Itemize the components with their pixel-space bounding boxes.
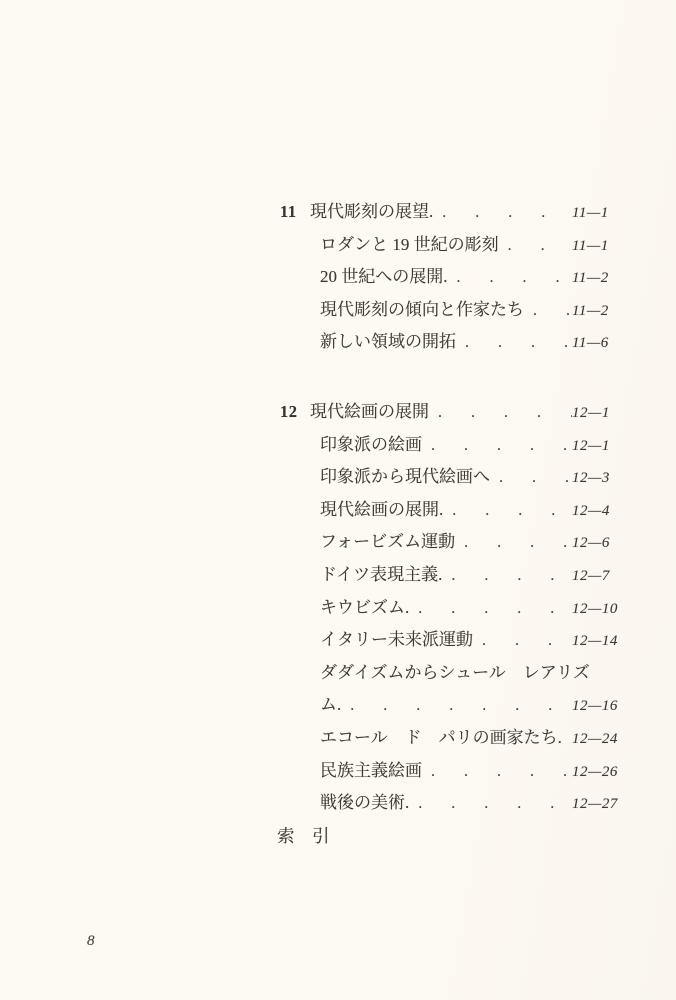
- entry-label: 現代絵画の展開.: [320, 494, 443, 527]
- page-ref: 12—1: [572, 397, 620, 430]
- toc-entry-row: ダダイズムからシュール レアリズ: [280, 657, 620, 690]
- leader-dots: . . . . . . . . . . . . . .: [429, 397, 572, 430]
- page-ref: 12—3: [572, 462, 620, 495]
- toc-entry-row: 新しい領域の開拓. . . . . . . . . . . . . .11—6: [280, 326, 620, 359]
- page-ref: 12—4: [572, 495, 620, 528]
- toc-rows: 11現代彫刻の展望.. . . . . . . . . . . . . .11—…: [280, 196, 620, 820]
- leader-dots: . . . . . . . . . . . . . .: [443, 495, 572, 528]
- toc-entry-row: 現代彫刻の傾向と作家たち. . . . . . . . . . . . . .1…: [280, 294, 620, 327]
- page-ref: 12—14: [572, 625, 620, 658]
- entry-label: 印象派の絵画: [320, 429, 422, 462]
- leader-dots: . . . . . . . . . . . . . .: [455, 527, 572, 560]
- entry-label: キウビズム.: [320, 592, 409, 625]
- leader-dots: . . . . . . . . . . . . . .: [433, 197, 572, 230]
- leader-dots: . . . . . . . . . . . . . .: [524, 295, 572, 328]
- leader-dots: . . . . . . . . . . . . . .: [409, 593, 572, 626]
- page-number: 8: [87, 928, 95, 954]
- toc-entry-row: ム.. . . . . . . . . . . . . .12—16: [280, 689, 620, 722]
- table-of-contents: 11現代彫刻の展望.. . . . . . . . . . . . . .11—…: [280, 196, 620, 852]
- section-title: 現代絵画の展開: [310, 396, 429, 429]
- toc-entry-row: ドイツ表現主義.. . . . . . . . . . . . . .12—7: [280, 559, 620, 592]
- leader-dots: . . . . . . . . . . . . . .: [409, 788, 572, 821]
- entry-label: 民族主義絵画: [320, 755, 422, 788]
- toc-entry-row: 戦後の美術.. . . . . . . . . . . . . .12—27: [280, 787, 620, 820]
- page-ref: 11—6: [572, 327, 620, 360]
- toc-section-heading-row: 12現代絵画の展開. . . . . . . . . . . . . .12—1: [280, 396, 620, 429]
- entry-label: ダダイズムからシュール レアリズ: [320, 657, 590, 690]
- toc-entry-row: エコール ド パリの画家たち.. . . . . . . . . . . . .…: [280, 722, 620, 755]
- page-ref: 11—2: [572, 262, 620, 295]
- entry-label: 20 世紀への展開.: [320, 261, 448, 294]
- page-ref: 11—2: [572, 295, 620, 328]
- page-ref: 12—7: [572, 560, 620, 593]
- page-ref: 11—1: [572, 230, 620, 263]
- entry-label: 戦後の美術.: [320, 787, 409, 820]
- section-gap: [280, 359, 620, 396]
- page-ref: 12—6: [572, 527, 620, 560]
- leader-dots: . . . . . . . . . . . . . .: [490, 462, 572, 495]
- entry-label: 新しい領域の開拓: [320, 326, 456, 359]
- toc-entry-row: 現代絵画の展開.. . . . . . . . . . . . . .12—4: [280, 494, 620, 527]
- page-ref: 12—1: [572, 430, 620, 463]
- entry-label: エコール ド パリの画家たち.: [320, 722, 562, 755]
- toc-entry-row: 印象派から現代絵画へ. . . . . . . . . . . . . .12—…: [280, 461, 620, 494]
- index-label: 索 引: [277, 820, 330, 853]
- toc-entry-row: 民族主義絵画. . . . . . . . . . . . . .12—26: [280, 755, 620, 788]
- leader-dots: . . . . . . . . . . . . . .: [499, 230, 572, 263]
- section-number: 11: [280, 196, 310, 229]
- leader-dots: . . . . . . . . . . . . . .: [442, 560, 572, 593]
- section-number: 12: [280, 396, 310, 429]
- entry-label: ドイツ表現主義.: [320, 559, 442, 592]
- toc-entry-row: ロダンと 19 世紀の彫刻. . . . . . . . . . . . . .…: [280, 229, 620, 262]
- entry-label: ム.: [320, 689, 341, 722]
- leader-dots: . . . . . . . . . . . . . .: [448, 262, 573, 295]
- entry-label: 印象派から現代絵画へ: [320, 461, 490, 494]
- entry-label: 現代彫刻の傾向と作家たち: [320, 294, 524, 327]
- leader-dots: . . . . . . . . . . . . . .: [562, 723, 572, 756]
- leader-dots: . . . . . . . . . . . . . .: [473, 625, 572, 658]
- leader-dots: . . . . . . . . . . . . . .: [456, 327, 572, 360]
- toc-entry-row: イタリー未来派運動. . . . . . . . . . . . . .12—1…: [280, 624, 620, 657]
- page-ref: 12—10: [572, 593, 620, 626]
- leader-dots: . . . . . . . . . . . . . .: [422, 430, 572, 463]
- page-ref: 12—16: [572, 690, 620, 723]
- page-ref: 11—1: [572, 197, 620, 230]
- toc-entry-row: 20 世紀への展開.. . . . . . . . . . . . . .11—…: [280, 261, 620, 294]
- entry-label: フォービズム運動: [320, 526, 455, 559]
- leader-dots: . . . . . . . . . . . . . .: [341, 690, 572, 723]
- toc-section-heading-row: 11現代彫刻の展望.. . . . . . . . . . . . . .11—…: [280, 196, 620, 229]
- section-title: 現代彫刻の展望.: [310, 196, 433, 229]
- leader-dots: . . . . . . . . . . . . . .: [422, 756, 572, 789]
- page-ref: 12—26: [572, 756, 620, 789]
- page-ref: 12—24: [572, 723, 620, 756]
- entry-label: イタリー未来派運動: [320, 624, 473, 657]
- entry-label: ロダンと 19 世紀の彫刻: [320, 229, 499, 262]
- scanned-book-page: 11現代彫刻の展望.. . . . . . . . . . . . . .11—…: [0, 0, 676, 1000]
- toc-entry-row: キウビズム.. . . . . . . . . . . . . .12—10: [280, 592, 620, 625]
- toc-entry-row: 印象派の絵画. . . . . . . . . . . . . .12—1: [280, 429, 620, 462]
- page-ref: 12—27: [572, 788, 620, 821]
- toc-entry-row: フォービズム運動. . . . . . . . . . . . . .12—6: [280, 526, 620, 559]
- toc-index-row: 索 引: [277, 820, 620, 853]
